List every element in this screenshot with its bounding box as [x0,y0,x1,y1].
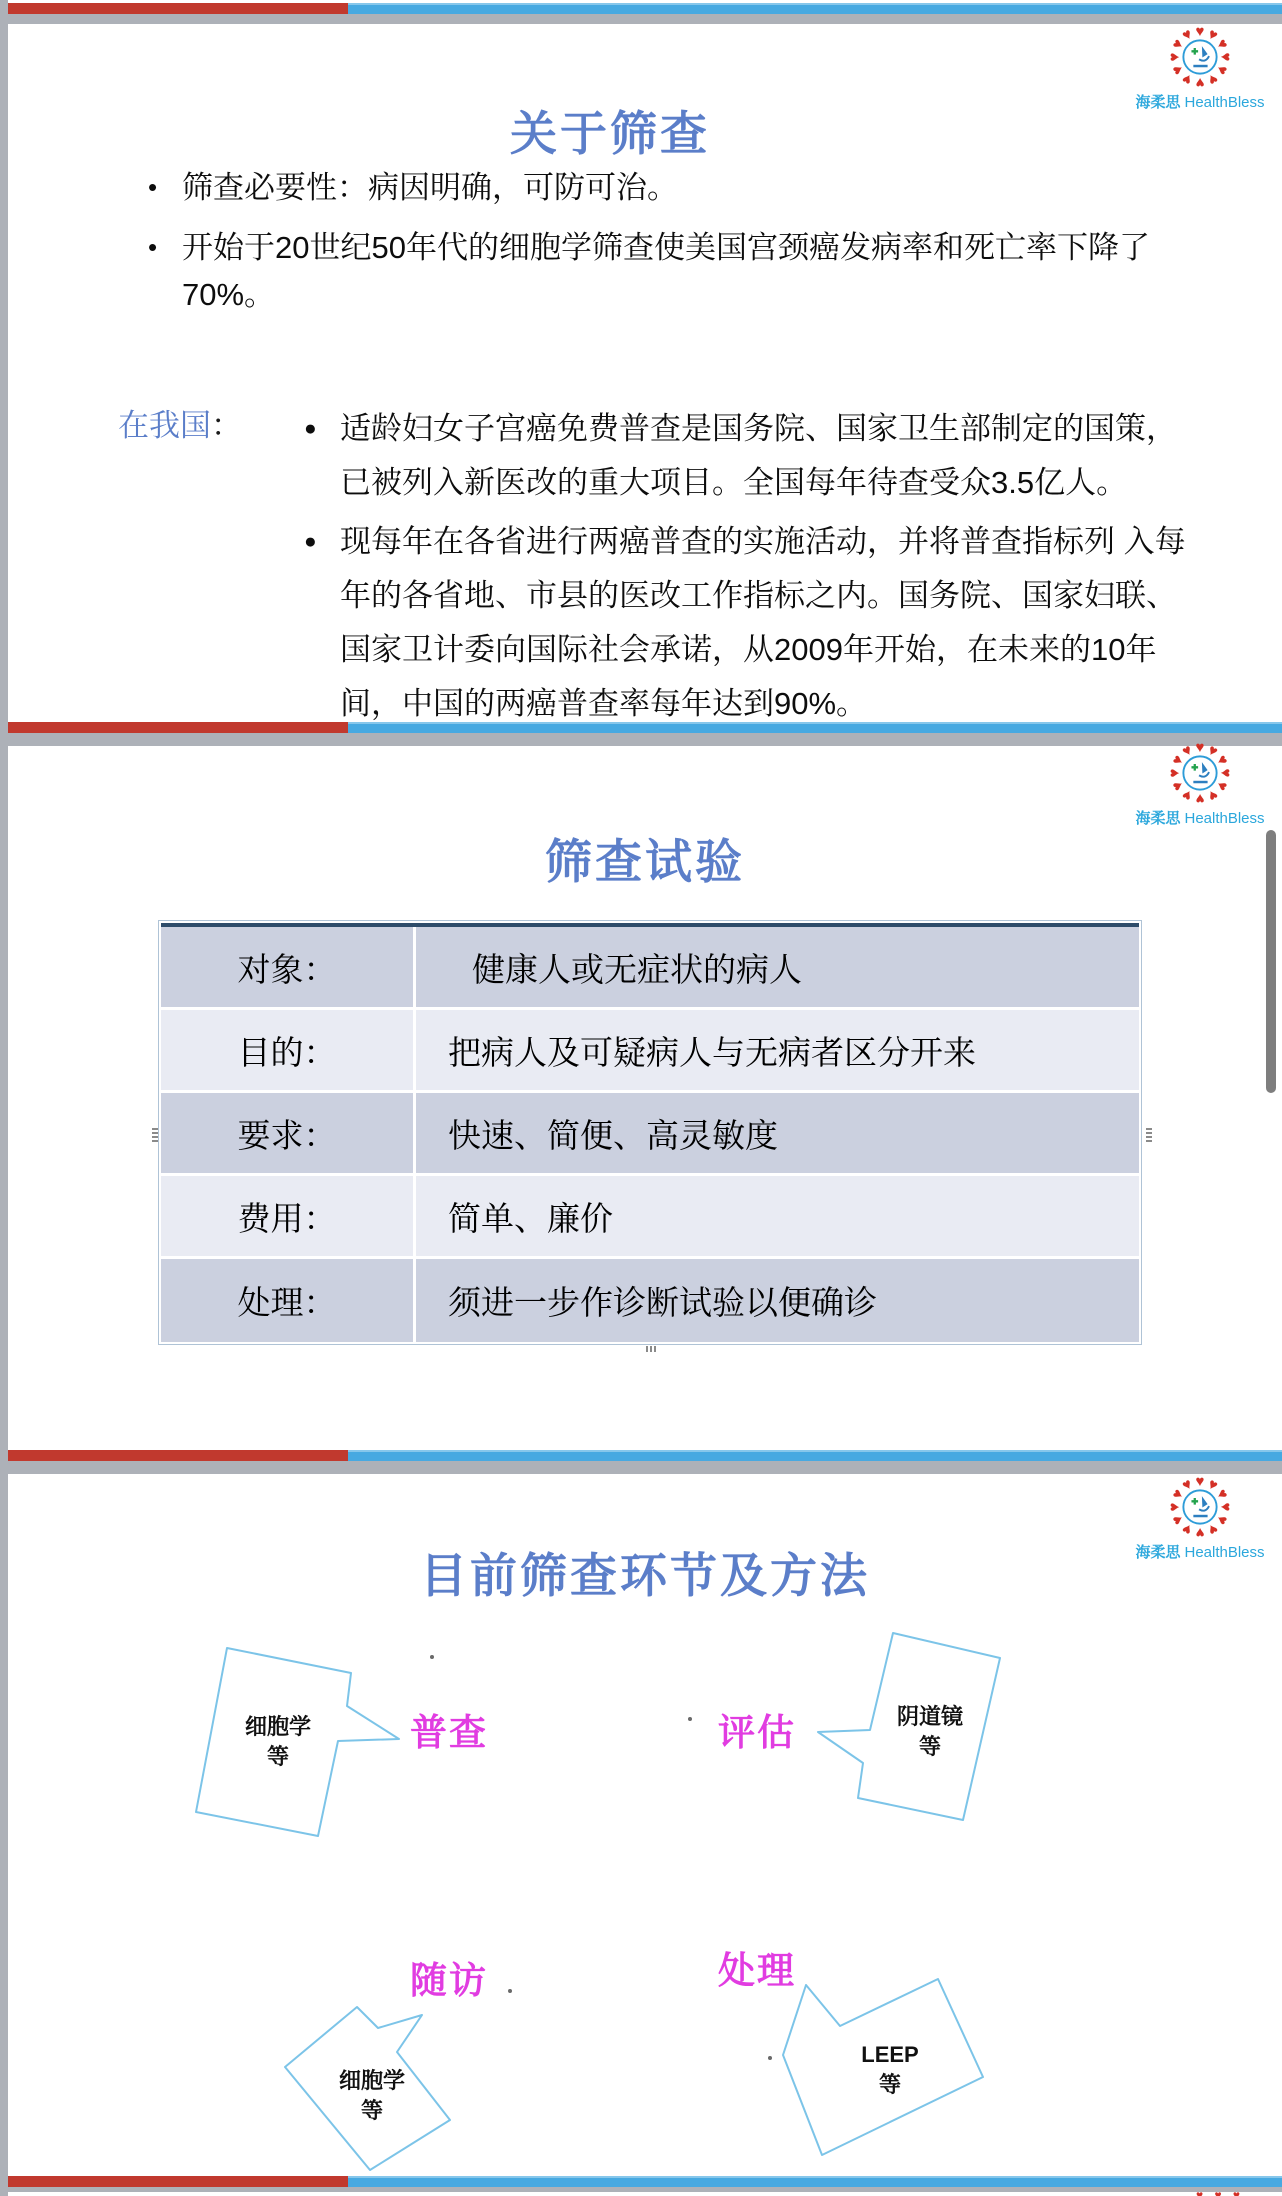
table-row: 目的： 把病人及可疑病人与无病者区分开来 [161,1010,1139,1093]
table-row-label: 目的： [161,1010,416,1090]
logo-hearts-ring: ♥♥♥♥♥♥♥♥♥♥♥♥ [1169,26,1231,88]
slide1-bottom-bar [8,722,1282,733]
step-label-census: 普查 [410,1702,488,1756]
bubble-text-cytology-bottom: 细胞学 等 [310,2066,434,2126]
next-slide-logo-tip: ♥ ♥ ♥ [1196,2190,1256,2196]
stray-dot [688,1717,692,1721]
bullet-dot-icon: • [148,224,182,318]
region-label: 在我国： [118,404,242,448]
logo-hearts-ring: ♥♥♥♥♥♥♥♥♥♥♥♥ [1169,742,1231,804]
slide2-bottom-bar [8,1450,1282,1461]
bubble-text-colposcopy: 阴道镜 等 [868,1702,992,1762]
selection-handle[interactable] [646,1346,658,1352]
table-row-value: 须进一步作诊断试验以便确诊 [416,1259,1139,1342]
bar-blue-segment [348,1450,1282,1461]
stray-dot [508,1989,512,1993]
selection-handle[interactable] [152,1128,158,1142]
slide1-title: 关于筛查 [0,97,1247,164]
region-label-colon: ： [211,408,242,443]
logo-name-cn: 海柔思 [1135,94,1180,111]
healthbless-logo: ♥♥♥♥♥♥♥♥♥♥♥♥ 海柔思HealthBless [1134,742,1266,828]
table-row-value: 把病人及可疑病人与无病者区分开来 [416,1010,1139,1090]
bubble-line: 等 [310,2096,434,2126]
next-slide-edge [8,2192,1282,2196]
bullet-item: • 筛查必要性：病因明确，可防可治。 [148,164,1238,211]
bar-blue-segment [348,2176,1282,2187]
region-bullet-item: ● 现每年在各省进行两癌普查的实施活动，并将普查指标列 入每年的各省地、市县的医… [304,515,1188,731]
slide-3: ♥♥♥♥♥♥♥♥♥♥♥♥ 海柔思HealthBless 目前筛查环节及方法 细胞… [8,1474,1282,2187]
logo-hearts-ring: ♥♥♥♥♥♥♥♥♥♥♥♥ [1169,1476,1231,1538]
bullet-text: 开始于20世纪50年代的细胞学筛查使美国宫颈癌发病率和死亡率下降了70%。 [182,224,1238,318]
logo-name-cn: 海柔思 [1135,810,1180,827]
bubble-text-cytology-top: 细胞学 等 [216,1712,340,1772]
table-row-value: 健康人或无症状的病人 [416,927,1139,1007]
table-row-value: 简单、廉价 [416,1176,1139,1256]
healthbless-logo: ♥♥♥♥♥♥♥♥♥♥♥♥ 海柔思HealthBless [1134,1476,1266,1562]
stray-dot [768,2056,772,2060]
bullet-item: • 开始于20世纪50年代的细胞学筛查使美国宫颈癌发病率和死亡率下降了70%。 [148,224,1238,318]
screening-table-body: 对象： 健康人或无症状的病人 目的： 把病人及可疑病人与无病者区分开来 要求： … [161,923,1139,1342]
region-bullet-item: ● 适龄妇女子宫癌免费普查是国务院、国家卫生部制定的国策，已被列入新医改的重大项… [304,402,1188,510]
logo-name-en: HealthBless [1184,1544,1264,1561]
stray-dot [430,1655,434,1659]
bar-red-segment [8,2176,348,2187]
screening-table[interactable]: 对象： 健康人或无症状的病人 目的： 把病人及可疑病人与无病者区分开来 要求： … [158,920,1142,1345]
step-label-evaluate: 评估 [718,1702,796,1756]
bubble-line: 等 [868,1732,992,1762]
table-row: 对象： 健康人或无症状的病人 [161,927,1139,1010]
logo-name-en: HealthBless [1184,94,1264,111]
table-row-label: 费用： [161,1176,416,1256]
logo-text: 海柔思HealthBless [1134,91,1266,112]
logo-text: 海柔思HealthBless [1134,807,1266,828]
region-bullet-text: 适龄妇女子宫癌免费普查是国务院、国家卫生部制定的国策，已被列入新医改的重大项目。… [340,402,1188,510]
bubble-line: 细胞学 [310,2066,434,2096]
bar-blue-segment [348,722,1282,733]
logo-name-en: HealthBless [1184,810,1264,827]
region-bullet-list: ● 适龄妇女子宫癌免费普查是国务院、国家卫生部制定的国策，已被列入新医改的重大项… [304,402,1188,736]
bubble-line: LEEP [828,2040,952,2070]
bullet-dot-icon: • [148,164,182,211]
step-label-treatment: 处理 [718,1940,796,1994]
selection-handle[interactable] [1146,1128,1152,1142]
table-row-label: 处理： [161,1259,416,1342]
table-row-value: 快速、简便、高灵敏度 [416,1093,1139,1173]
table-row-label: 对象： [161,927,416,1007]
presentation-viewer: { "logo": { "name_cn": "海柔思", "name_en":… [0,0,1282,2196]
slide-1: ♥♥♥♥♥♥♥♥♥♥♥♥ 海柔思HealthBless 关于筛查 • 筛查必要性… [8,24,1282,733]
divider-blue-segment [348,3,1282,14]
slide-2: ♥♥♥♥♥♥♥♥♥♥♥♥ 海柔思HealthBless 筛查试验 对象： 健康人… [8,746,1282,1461]
logo-text: 海柔思HealthBless [1134,1541,1266,1562]
slide2-title: 筛查试验 [8,825,1282,892]
divider-red-segment [8,3,348,14]
step-label-followup: 随访 [410,1950,488,2004]
table-row-label: 要求： [161,1093,416,1173]
table-row: 要求： 快速、简便、高灵敏度 [161,1093,1139,1176]
slide3-title: 目前筛查环节及方法 [8,1539,1282,1606]
slide1-bullet-list: • 筛查必要性：病因明确，可防可治。 • 开始于20世纪50年代的细胞学筛查使美… [148,164,1238,331]
scrollbar-thumb[interactable] [1266,830,1276,1093]
slide3-bottom-bar [8,2176,1282,2187]
table-row: 费用： 简单、廉价 [161,1176,1139,1259]
bullet-disc-icon: ● [304,515,340,731]
bubble-line: 细胞学 [216,1712,340,1742]
healthbless-logo: ♥♥♥♥♥♥♥♥♥♥♥♥ 海柔思HealthBless [1134,26,1266,112]
bar-red-segment [8,722,348,733]
bullet-disc-icon: ● [304,402,340,510]
bubble-line: 等 [216,1742,340,1772]
previous-slide-divider-bar [8,3,1282,14]
logo-name-cn: 海柔思 [1135,1544,1180,1561]
bubble-line: 等 [828,2070,952,2100]
bar-red-segment [8,1450,348,1461]
region-bullet-text: 现每年在各省进行两癌普查的实施活动，并将普查指标列 入每年的各省地、市县的医改工… [340,515,1188,731]
bubble-text-leep: LEEP 等 [828,2040,952,2100]
bubble-line: 阴道镜 [868,1702,992,1732]
table-row: 处理： 须进一步作诊断试验以便确诊 [161,1259,1139,1342]
region-label-text: 在我国 [118,408,211,443]
bullet-text: 筛查必要性：病因明确，可防可治。 [182,164,678,211]
